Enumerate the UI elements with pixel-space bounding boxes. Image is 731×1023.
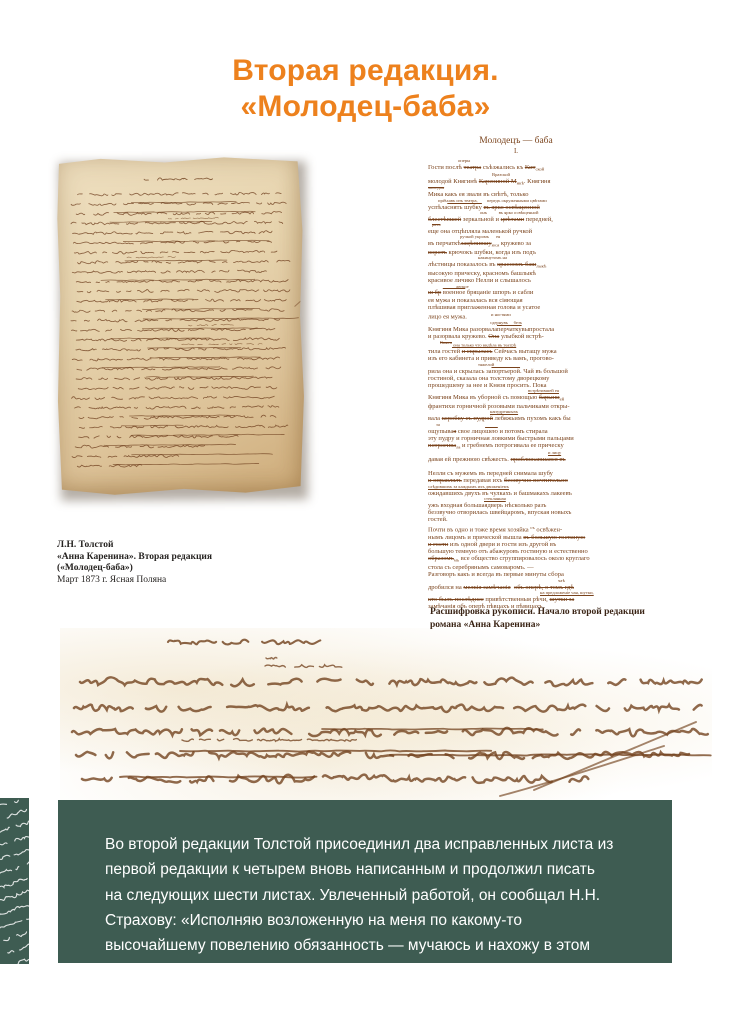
transcription-line: изъ его кабинета и приведу къ вамъ, прог… bbox=[428, 355, 664, 362]
transcription-line: кто былъ послѣднее привѣтственныя рѣчи, … bbox=[428, 596, 664, 603]
transcription-line: высокую прическу, красномъ башлыкѣ bbox=[428, 270, 664, 277]
manuscript-handwriting-texture bbox=[56, 156, 305, 496]
transcription-line: Почти въ одно и тоже время хозяйка съ ос… bbox=[428, 524, 664, 534]
manuscript-caption: Л.Н. Толстой «Анна Каренина». Вторая ред… bbox=[57, 540, 307, 586]
deco-handwriting-strip bbox=[0, 798, 29, 964]
transcription-part-number: I. bbox=[428, 147, 604, 155]
transcription-line: большую темную отъ абажуровъ гостиную и … bbox=[428, 548, 664, 555]
transcription-line: нымъ лицомъ и прической вышла въ большую… bbox=[428, 534, 664, 541]
caption-subtitle: («Молодец-баба») bbox=[57, 563, 307, 575]
transcription-line: эту пудру и горничная ловкими быстрыми п… bbox=[428, 435, 664, 442]
transcription-column: Молодецъ — баба I. оперыГости послѣ теат… bbox=[428, 136, 664, 610]
transcription-caption-line1: Расшифровка рукописи. Начало второй реда… bbox=[430, 606, 666, 619]
page-title: Вторая редакция. «Молодец-баба» bbox=[0, 53, 731, 125]
transcription-line: вала коробку съ пудрой лебяжьимъ пухомъ … bbox=[428, 415, 664, 422]
transcription-line: потрогивала и гребнемъ потрогивала ее пр… bbox=[428, 442, 664, 451]
caption-title: «Анна Каренина». Вторая редакция bbox=[57, 552, 307, 564]
transcription-line: гостей. bbox=[428, 516, 664, 523]
transcription-line: Княгиня Мика разорвалаперчаткувыпростала bbox=[428, 326, 664, 333]
transcription-line: тила гостей и скрылась Сейчасъ вытащу му… bbox=[428, 348, 664, 355]
transcription-line: и гости изъ одной двери и гости изъ друг… bbox=[428, 541, 664, 548]
transcription-line: франтихи горничной розовыми пальчиками о… bbox=[428, 403, 664, 410]
page-title-line2: «Молодец-баба» bbox=[241, 90, 491, 123]
transcription-line: лѣстницы показалось въ красномъ башлыкѣ bbox=[428, 261, 664, 270]
transcription-line: давая ей прежнюю свѣжесть. приближавшаяс… bbox=[428, 456, 664, 463]
transcription-line: воротъ крючокъ шубки, когда изъ подъ bbox=[428, 249, 664, 256]
transcription-line bbox=[428, 463, 664, 470]
transcription-heading: Молодецъ — баба bbox=[428, 136, 604, 147]
caption-date-place: Март 1873 г. Ясная Поляна bbox=[57, 575, 307, 587]
manuscript-photo bbox=[56, 156, 305, 496]
transcription-line: и разорвала кружево. Она улыбкой встрѣ- bbox=[428, 333, 664, 340]
transcription-line: ощупывая свое лицошею и потомъ стирала bbox=[428, 428, 664, 435]
transcription-line: беззвучно отворилась швейцаромъ, впуская… bbox=[428, 509, 664, 516]
transcription-line: гостиной, сказала она толстому дворецком… bbox=[428, 375, 664, 382]
deco-strip-handwriting bbox=[0, 798, 29, 964]
page-title-line1: Вторая редакция. bbox=[232, 54, 498, 87]
caption-author: Л.Н. Толстой bbox=[57, 540, 307, 552]
transcription-line: ожидавшихъ двухъ въ чулкахъ и башмакахъ … bbox=[428, 490, 664, 497]
transcription-line: въ перчаткѣзацѣпившуюся кружево за bbox=[428, 240, 664, 249]
transcription-line: Гости послѣ театра съѣзжались къ Китской bbox=[428, 164, 664, 173]
transcription-line: Княги она только что видѣла въ театрѣ bbox=[428, 341, 664, 348]
transcription-line: ужъ входная большаядверь нѣсколько разъ bbox=[428, 502, 664, 509]
transcription-line: образомъмъ все общество сгруппировалось … bbox=[428, 555, 664, 564]
transcription-line: Нелли съ мужемъ въ передней снимала шубу bbox=[428, 470, 664, 477]
transcription-line: лицо ея мужа. и ногтями bbox=[428, 311, 664, 321]
transcription-line: успѣласнять шубку въ ярко освѣщенной bbox=[428, 204, 664, 211]
facsimile-fragment bbox=[60, 628, 712, 800]
transcription-line: молодой Княгинѣ Карениной Микѣ. Княгиня bbox=[428, 178, 664, 187]
info-box: Во второй редакции Толстой присоединил д… bbox=[58, 800, 672, 963]
transcription-line: Разговоръ какъ и всегда въ первые минуты… bbox=[428, 571, 664, 578]
info-box-text: Во второй редакции Толстой присоединил д… bbox=[58, 800, 672, 984]
exhibition-page: Вторая редакция. «Молодец-баба» Л.Н. Тол… bbox=[0, 0, 731, 1023]
transcription-line: рила она и скрылась запортьерой. Чай въ … bbox=[428, 368, 664, 375]
transcription-line: ея мужа и показалась вся сіяющая bbox=[428, 297, 664, 304]
transcription-lines: оперыГости послѣ театра съѣзжались къ Ки… bbox=[428, 159, 664, 610]
transcription-line: блестѣвшей зеркальной и цвѣтами передней… bbox=[428, 216, 664, 223]
transcription-line: стола съ серебрянымъ самоваромъ. — bbox=[428, 564, 664, 571]
facsimile-handwriting bbox=[60, 628, 712, 800]
transcription-line: плѣшивая приглаженная голова и усатое bbox=[428, 304, 664, 311]
transcription-line: Княгиня Мика въ уборной съ помощью барын… bbox=[428, 394, 664, 403]
transcription-line: ш бр военное бряцаніе шпоръ и сабли bbox=[428, 289, 664, 296]
